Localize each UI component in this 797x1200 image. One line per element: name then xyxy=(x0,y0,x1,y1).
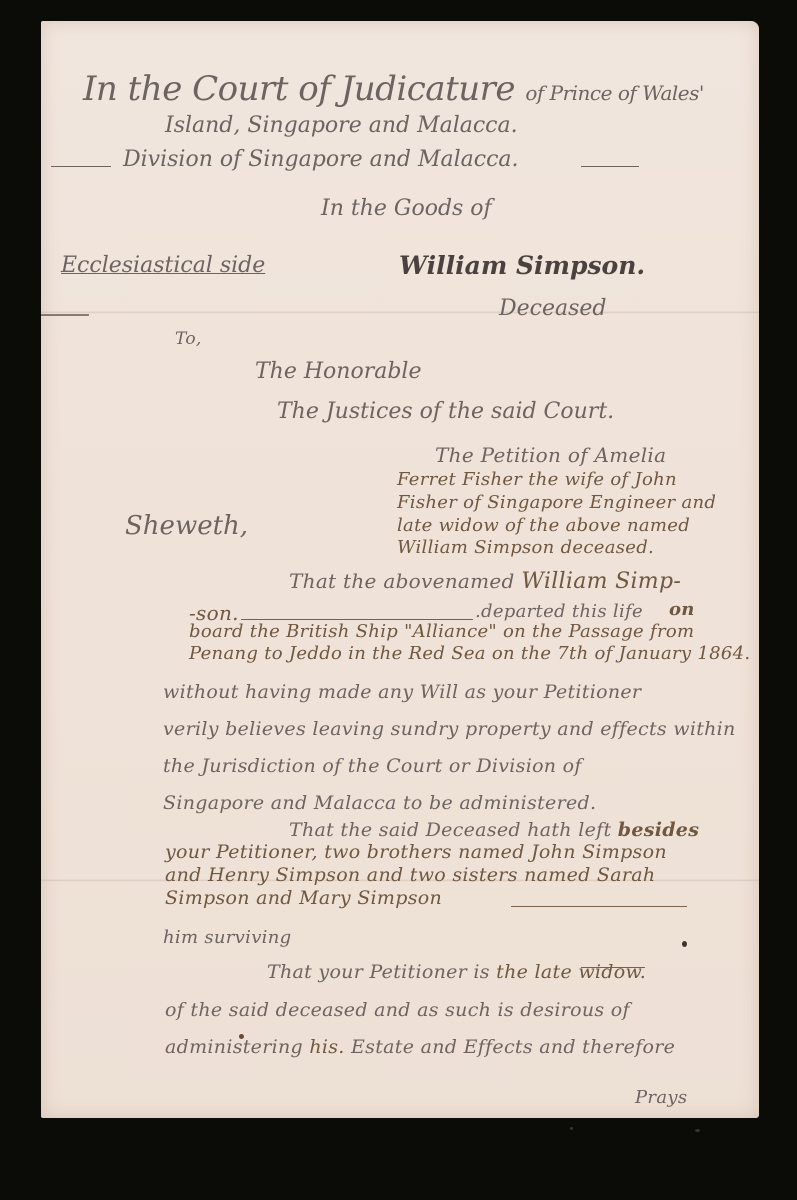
court-division: Division of Singapore and Malacca. xyxy=(123,147,519,172)
paragraph2-text: besides xyxy=(618,819,699,841)
address-honorable: The Honorable xyxy=(255,359,421,384)
paragraph3-text: Estate and Effects and therefore xyxy=(351,1036,675,1058)
court-heading-main: In the Court of Judicature xyxy=(83,69,515,109)
court-heading: In the Court of Judicature of Prince of … xyxy=(83,69,704,109)
paragraph2-line: your Petitioner, two brothers named John… xyxy=(165,841,667,863)
rule-line xyxy=(241,619,473,620)
paragraph1-line: Penang to Jeddo in the Red Sea on the 7t… xyxy=(189,643,750,664)
paragraph2-line: Simpson and Mary Simpson xyxy=(165,887,442,909)
paragraph2-line: him surviving xyxy=(163,927,291,948)
ink-spot xyxy=(695,1129,700,1132)
paragraph1-line: board the British Ship "Alliance" on the… xyxy=(189,621,694,642)
paragraph2-text: That the said Deceased hath left xyxy=(289,819,611,841)
paragraph3-text: administering xyxy=(165,1036,303,1058)
paragraph2-line: and Henry Simpson and two sisters named … xyxy=(165,864,655,886)
petition-line: Fisher of Singapore Engineer and xyxy=(397,492,716,513)
court-jurisdiction: Island, Singapore and Malacca. xyxy=(165,113,518,138)
paragraph3-line: That your Petitioner is the late widow. xyxy=(267,961,646,983)
deceased-name-inline: William Simp- xyxy=(521,569,681,594)
paragraph1-line: the Jurisdiction of the Court or Divisio… xyxy=(163,755,582,777)
paragraph3-text: the late widow. xyxy=(496,961,646,983)
paragraph1-line: Singapore and Malacca to be administered… xyxy=(163,792,596,814)
rule-line xyxy=(51,166,111,167)
document-page: In the Court of Judicature of Prince of … xyxy=(41,21,759,1118)
address-to: To, xyxy=(175,329,202,349)
paragraph1-line: on xyxy=(669,599,695,620)
paper-fold xyxy=(41,311,759,314)
paragraph1-line: .departed this life xyxy=(475,601,643,622)
paragraph1-line: without having made any Will as your Pet… xyxy=(163,681,641,703)
paragraph1-line: verily believes leaving sundry property … xyxy=(163,718,736,740)
paragraph1-line: That the abovenamed William Simp- xyxy=(289,569,681,594)
petition-line: Ferret Fisher the wife of John xyxy=(397,469,677,490)
paragraph3-text: his. xyxy=(309,1036,344,1058)
rule-line xyxy=(581,967,645,968)
ecclesiastical-side-label: Ecclesiastical side xyxy=(61,253,265,278)
paragraph3-line: administering his. Estate and Effects an… xyxy=(165,1036,675,1058)
petition-line: The Petition of Amelia xyxy=(435,443,666,467)
ink-spot xyxy=(682,941,687,947)
deceased-label: Deceased xyxy=(499,296,607,321)
rule-line xyxy=(581,166,639,167)
address-justices: The Justices of the said Court. xyxy=(277,399,614,424)
ink-spot xyxy=(239,1034,244,1039)
petition-line: William Simpson deceased. xyxy=(397,537,654,558)
folded-corner xyxy=(41,286,89,316)
rule-line xyxy=(511,906,687,907)
catchword-prays: Prays xyxy=(635,1087,687,1108)
paragraph3-line: of the said deceased and as such is desi… xyxy=(165,999,630,1021)
sheweth-label: Sheweth, xyxy=(125,511,248,541)
deceased-name: William Simpson. xyxy=(399,251,645,280)
paragraph2-line: That the said Deceased hath left besides xyxy=(289,819,699,841)
paragraph1-text: That the abovenamed xyxy=(289,569,515,593)
petition-line: late widow of the above named xyxy=(397,515,690,536)
ink-spot xyxy=(570,1127,573,1130)
paragraph3-text: That your Petitioner is xyxy=(267,961,490,983)
court-heading-tail: of Prince of Wales' xyxy=(525,81,704,105)
goods-of-label: In the Goods of xyxy=(321,196,492,221)
